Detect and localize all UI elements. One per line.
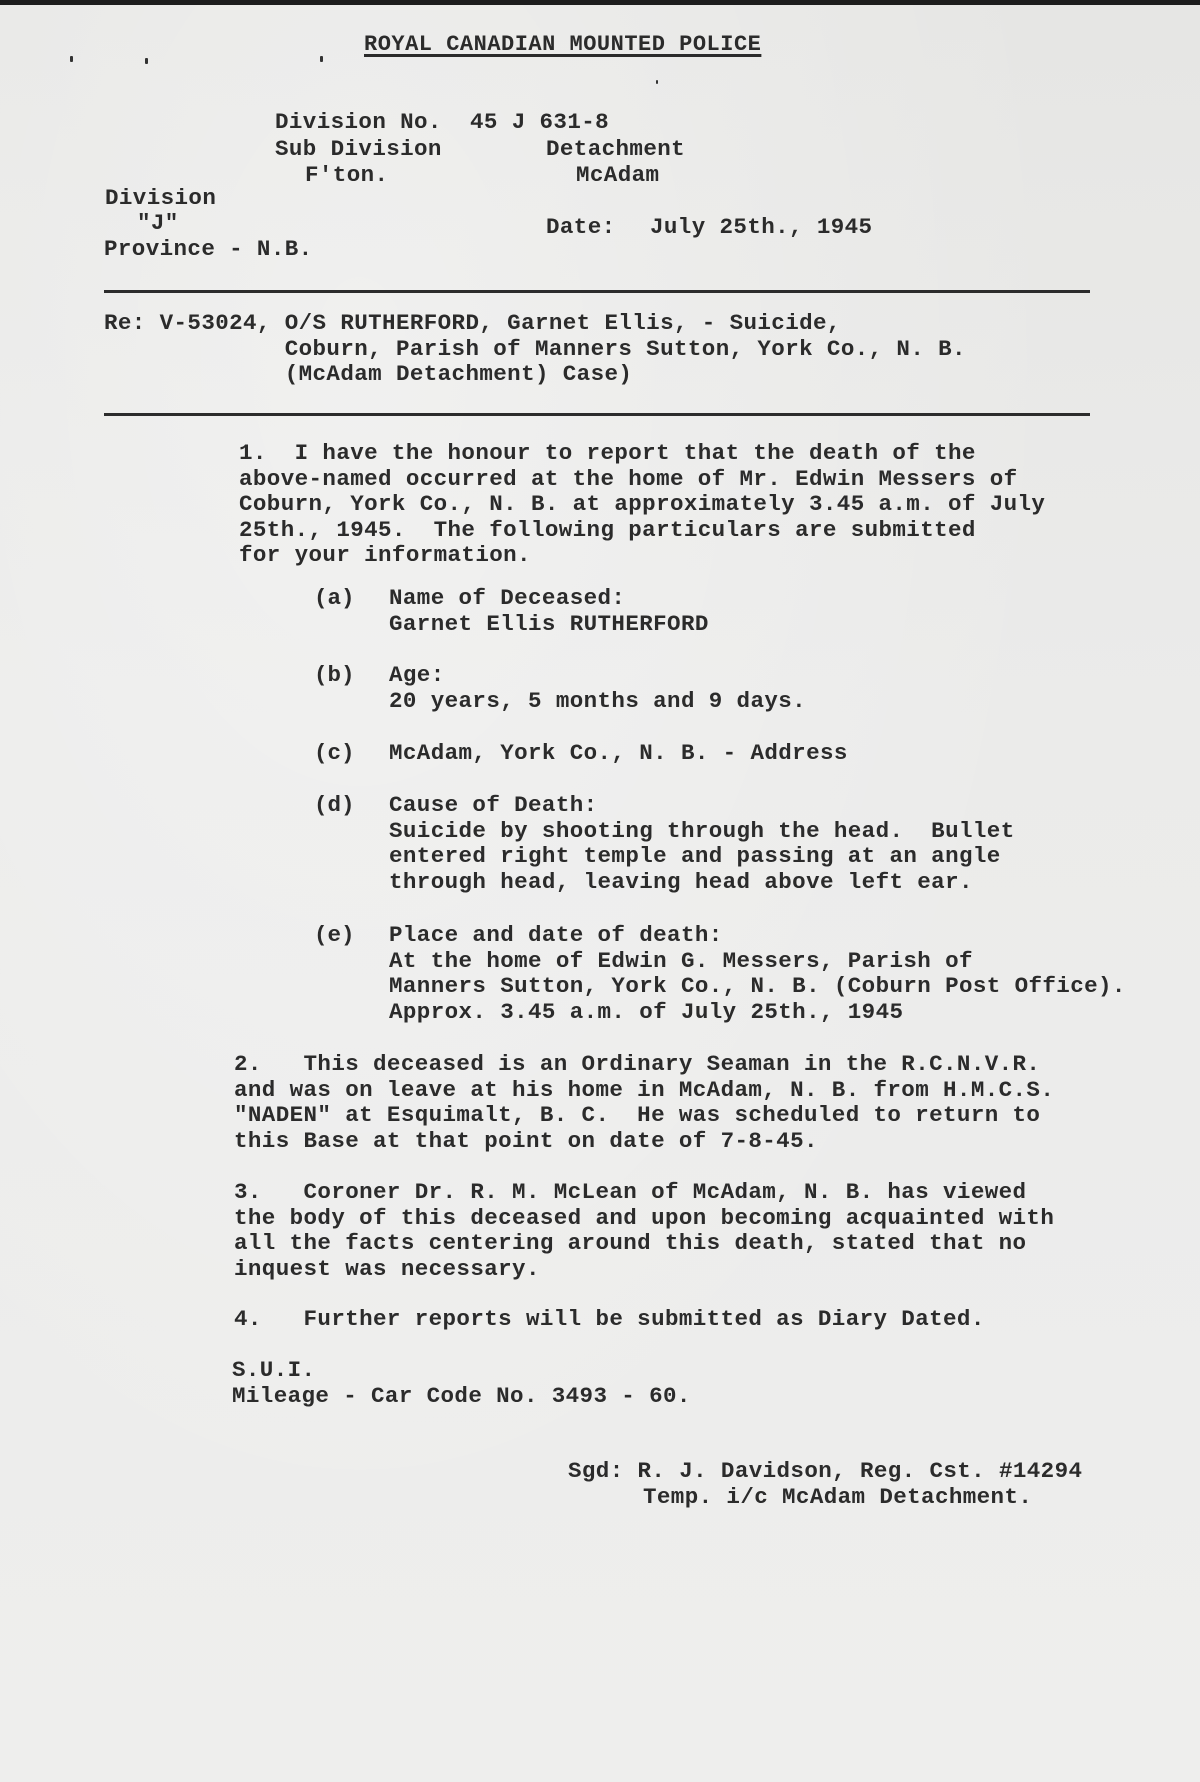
sub-division-label: Sub Division: [275, 136, 442, 162]
subject-line: Re: V-53024, O/S RUTHERFORD, Garnet Elli…: [104, 311, 966, 337]
particular-line: Place and date of death:: [389, 923, 1126, 949]
sub-division-value: F'ton.: [305, 162, 388, 188]
date-label: Date:: [546, 214, 616, 240]
detachment-label: Detachment: [546, 136, 685, 162]
paragraph-4: 4. Further reports will be submitted as …: [234, 1307, 985, 1333]
particular-line: 20 years, 5 months and 9 days.: [389, 689, 806, 715]
paragraph-line: all the facts centering around this deat…: [234, 1231, 1054, 1257]
particular-d: Cause of Death: Suicide by shooting thro…: [389, 793, 1015, 895]
particular-line: Name of Deceased:: [389, 586, 709, 612]
division-value: "J": [137, 210, 179, 236]
letterhead-title: ROYAL CANADIAN MOUNTED POLICE: [364, 32, 761, 58]
scan-speck: [70, 56, 73, 62]
division-no-label: Division No.: [275, 109, 442, 135]
particular-line: At the home of Edwin G. Messers, Parish …: [389, 949, 1126, 975]
paragraph-line: 4. Further reports will be submitted as …: [234, 1307, 985, 1333]
particular-line: Cause of Death:: [389, 793, 1015, 819]
subject-line: Coburn, Parish of Manners Sutton, York C…: [104, 337, 966, 363]
signature: Sgd: R. J. Davidson, Reg. Cst. #14294: [568, 1458, 1082, 1484]
particular-b: Age: 20 years, 5 months and 9 days.: [389, 663, 806, 714]
paragraph-3: 3. Coroner Dr. R. M. McLean of McAdam, N…: [234, 1180, 1054, 1282]
province: Province - N.B.: [104, 236, 313, 262]
particular-a: Name of Deceased: Garnet Ellis RUTHERFOR…: [389, 586, 709, 637]
signature-title: Temp. i/c McAdam Detachment.: [643, 1484, 1032, 1510]
mileage-note: Mileage - Car Code No. 3493 - 60.: [232, 1383, 691, 1409]
particular-line: McAdam, York Co., N. B. - Address: [389, 741, 848, 767]
particular-line: Garnet Ellis RUTHERFORD: [389, 612, 709, 638]
paragraph-line: the body of this deceased and upon becom…: [234, 1206, 1054, 1232]
paragraph-2: 2. This deceased is an Ordinary Seaman i…: [234, 1052, 1054, 1154]
paragraph-line: "NADEN" at Esquimalt, B. C. He was sched…: [234, 1103, 1054, 1129]
paragraph-line: 1. I have the honour to report that the …: [239, 441, 1045, 467]
paragraph-1: 1. I have the honour to report that the …: [239, 441, 1045, 569]
particular-label-b: (b): [314, 663, 355, 689]
scan-speck: [320, 56, 323, 62]
particular-line: entered right temple and passing at an a…: [389, 844, 1015, 870]
paragraph-line: inquest was necessary.: [234, 1257, 1054, 1283]
date-value: July 25th., 1945: [650, 214, 872, 240]
paragraph-line: 3. Coroner Dr. R. M. McLean of McAdam, N…: [234, 1180, 1054, 1206]
scan-speck: [656, 80, 658, 84]
particular-line: through head, leaving head above left ea…: [389, 870, 1015, 896]
scan-top-edge: [0, 0, 1200, 5]
sui-note: S.U.I.: [232, 1357, 315, 1383]
paragraph-line: 25th., 1945. The following particulars a…: [239, 518, 1045, 544]
paragraph-line: for your information.: [239, 543, 1045, 569]
division-no-value: 45 J 631-8: [470, 109, 609, 135]
paragraph-line: above-named occurred at the home of Mr. …: [239, 467, 1045, 493]
document-page: ROYAL CANADIAN MOUNTED POLICE Division N…: [0, 0, 1200, 1782]
particular-label-c: (c): [314, 741, 355, 767]
scan-speck: [145, 58, 148, 64]
subject-divider: [104, 413, 1090, 416]
subject-block: Re: V-53024, O/S RUTHERFORD, Garnet Elli…: [104, 311, 966, 388]
division-label: Division: [105, 185, 216, 211]
header-divider: [104, 290, 1090, 293]
particular-label-a: (a): [314, 586, 355, 612]
paragraph-line: this Base at that point on date of 7-8-4…: [234, 1129, 1054, 1155]
subject-line: (McAdam Detachment) Case): [104, 362, 966, 388]
particular-line: Manners Sutton, York Co., N. B. (Coburn …: [389, 974, 1126, 1000]
particular-line: Age:: [389, 663, 806, 689]
particular-c: McAdam, York Co., N. B. - Address: [389, 741, 848, 767]
particular-line: Approx. 3.45 a.m. of July 25th., 1945: [389, 1000, 1126, 1026]
detachment-value: McAdam: [576, 162, 659, 188]
particular-label-e: (e): [314, 923, 355, 949]
particular-line: Suicide by shooting through the head. Bu…: [389, 819, 1015, 845]
paragraph-line: Coburn, York Co., N. B. at approximately…: [239, 492, 1045, 518]
paragraph-line: and was on leave at his home in McAdam, …: [234, 1078, 1054, 1104]
particular-label-d: (d): [314, 793, 355, 819]
particular-e: Place and date of death: At the home of …: [389, 923, 1126, 1025]
paragraph-line: 2. This deceased is an Ordinary Seaman i…: [234, 1052, 1054, 1078]
